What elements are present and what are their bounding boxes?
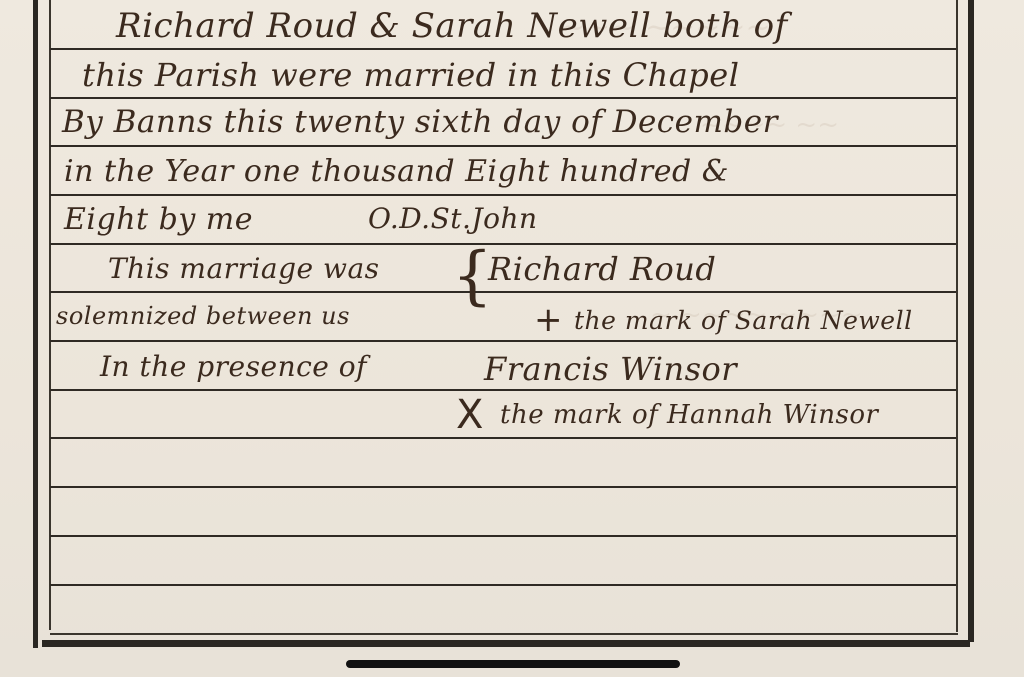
ruled-line [50, 437, 956, 439]
ruled-line [50, 389, 956, 391]
ruled-line [50, 243, 956, 245]
ruled-line [50, 48, 956, 50]
register-page: ~~~ ~~~~~ ~~~~ ~~ ~ ~~~~ ~~~~ Richard Ro… [0, 0, 1024, 677]
entry-line-5: Eight by me [64, 202, 253, 237]
solemnized-label-2: solemnized between us [56, 302, 350, 330]
entry-line-4: in the Year one thousand Eight hundred & [64, 154, 729, 189]
solemnized-label-1: This marriage was [108, 252, 380, 285]
ruled-line [50, 340, 956, 342]
entry-line-3: By Banns this twenty sixth day of Decemb… [62, 104, 778, 140]
ruled-line [50, 486, 956, 488]
ruled-line [50, 584, 956, 586]
entry-line-1: Richard Roud & Sarah Newell both of [116, 6, 788, 46]
entry-line-2: this Parish were married in this Chapel [82, 56, 739, 94]
bride-mark-text: the mark of Sarah Newell [574, 306, 913, 335]
inner-border-right [956, 0, 958, 632]
ruled-line [50, 291, 956, 293]
ruled-line [50, 194, 956, 196]
witness-2-mark-symbol: X [456, 392, 483, 438]
ruled-line [50, 145, 956, 147]
inner-border-bottom [50, 633, 958, 635]
brace-symbol: { [452, 244, 493, 308]
witness-label: In the presence of [100, 350, 367, 383]
outer-border-right [968, 0, 974, 642]
ruled-line [50, 535, 956, 537]
ruled-line [50, 97, 956, 99]
outer-border-bottom [42, 640, 970, 647]
witness-1-signature: Francis Winsor [484, 350, 737, 388]
outer-border-left [33, 0, 38, 648]
home-indicator[interactable] [346, 660, 680, 668]
witness-2-mark-text: the mark of Hannah Winsor [500, 400, 878, 430]
groom-signature: Richard Roud [488, 250, 716, 288]
officiant-signature: O.D.St.John [368, 202, 538, 235]
bride-mark-symbol: + [534, 300, 563, 340]
